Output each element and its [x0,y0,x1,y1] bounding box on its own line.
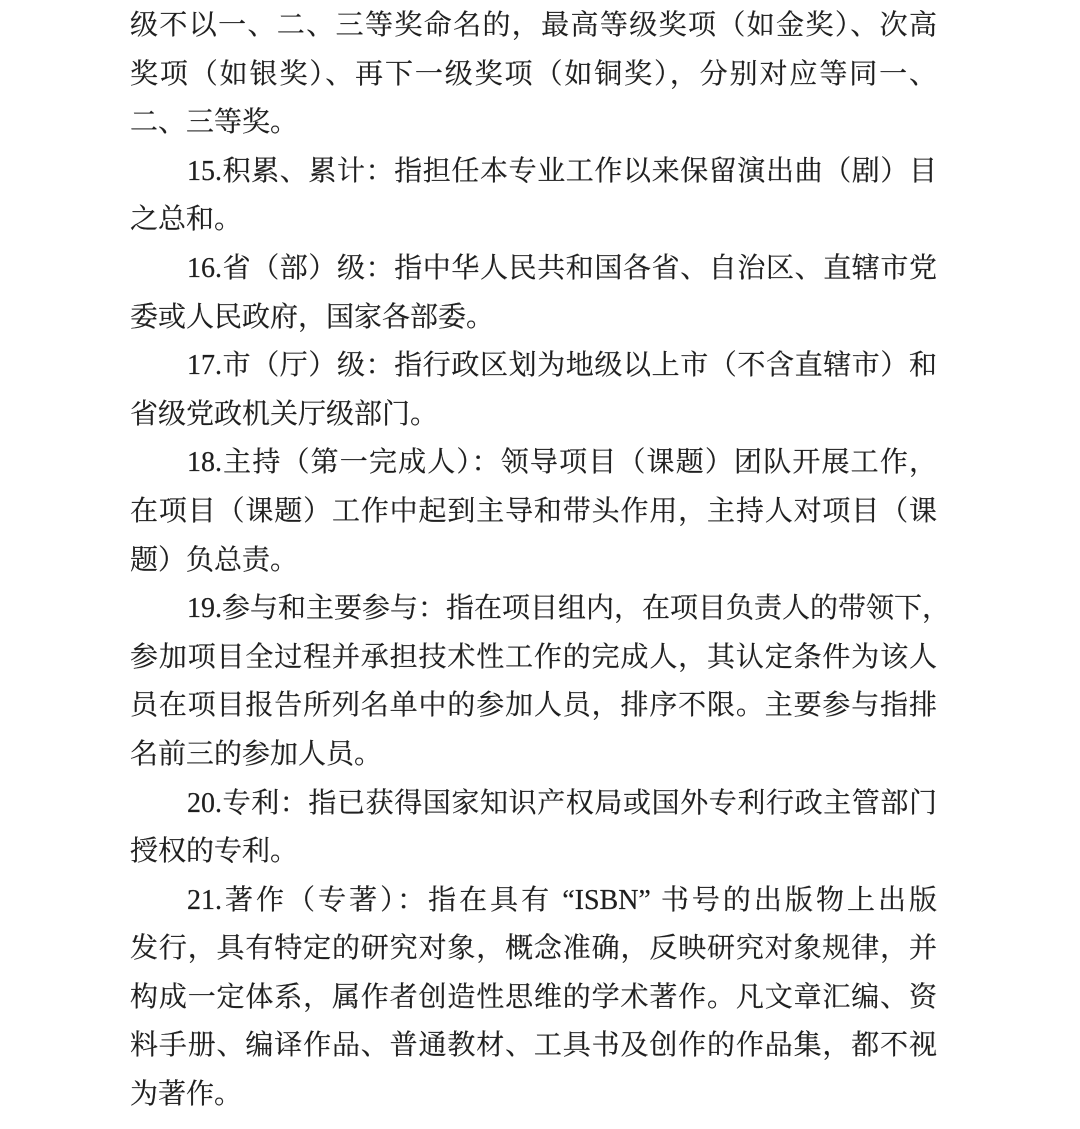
text-line: 名前三的参加人员。 [130,731,937,780]
text-line-item-21: 21.著作（专著）：指在具有 “ISBN” 书号的出版物上出版 [130,877,937,926]
text-line-item-20: 20.专利：指已获得国家知识产权局或国外专利行政主管部门 [130,780,937,829]
text-line: 授权的专利。 [130,828,937,877]
text-line: 级不以一、二、三等奖命名的，最高等级奖项（如金奖）、次高 [130,2,937,51]
text-line: 奖项（如银奖）、再下一级奖项（如铜奖），分别对应等同一、 [130,51,937,100]
text-block: 级不以一、二、三等奖命名的，最高等级奖项（如金奖）、次高 奖项（如银奖）、再下一… [130,2,937,1120]
text-line: 构成一定体系，属作者创造性思维的学术著作。凡文章汇编、资 [130,974,937,1023]
text-line: 题）负总责。 [130,537,937,586]
text-line: 参加项目全过程并承担技术性工作的完成人，其认定条件为该人 [130,634,937,683]
text-line-item-19: 19.参与和主要参与：指在项目组内，在项目负责人的带领下， [130,585,937,634]
text-line: 省级党政机关厅级部门。 [130,391,937,440]
text-line: 为著作。 [130,1071,937,1120]
text-line: 委或人民政府，国家各部委。 [130,294,937,343]
text-line: 在项目（课题）工作中起到主导和带头作用，主持人对项目（课 [130,488,937,537]
text-line: 料手册、编译作品、普通教材、工具书及创作的作品集，都不视 [130,1022,937,1071]
text-line: 之总和。 [130,196,937,245]
text-line-item-18: 18.主持（第一完成人）：领导项目（课题）团队开展工作， [130,439,937,488]
text-line: 发行，具有特定的研究对象，概念准确，反映研究对象规律，并 [130,925,937,974]
text-line-item-17: 17.市（厅）级：指行政区划为地级以上市（不含直辖市）和 [130,342,937,391]
text-line-item-15: 15.积累、累计：指担任本专业工作以来保留演出曲（剧）目 [130,148,937,197]
text-line: 员在项目报告所列名单中的参加人员，排序不限。主要参与指排 [130,682,937,731]
document-page: 级不以一、二、三等奖命名的，最高等级奖项（如金奖）、次高 奖项（如银奖）、再下一… [0,0,1080,1129]
text-line-item-16: 16.省（部）级：指中华人民共和国各省、自治区、直辖市党 [130,245,937,294]
text-line: 二、三等奖。 [130,99,937,148]
